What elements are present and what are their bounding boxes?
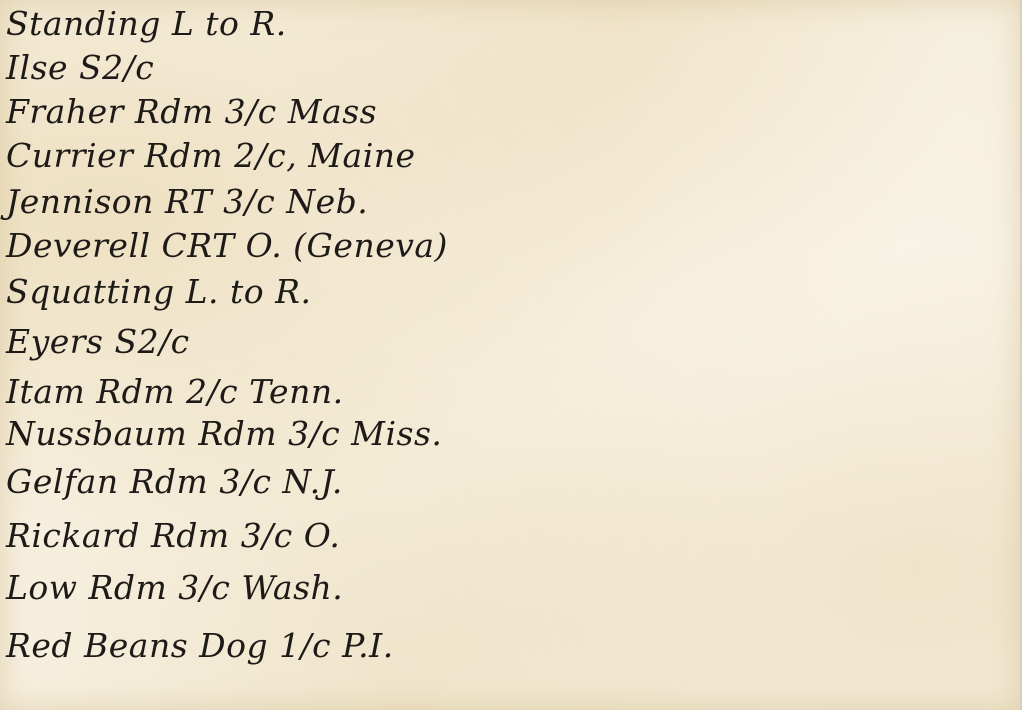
caption-line-jennison: Jennison RT 3/c Neb. [6,182,368,221]
caption-line-itam: Itam Rdm 2/c Tenn. [6,372,344,411]
caption-line-nussbaum: Nussbaum Rdm 3/c Miss. [6,414,442,453]
caption-line-eyers: Eyers S2/c [6,322,190,361]
caption-line-low: Low Rdm 3/c Wash. [6,568,343,607]
caption-line-standing-header: Standing L to R. [6,4,287,43]
caption-line-gelfan: Gelfan Rdm 3/c N.J. [6,462,343,501]
caption-line-currier: Currier Rdm 2/c, Maine [6,136,416,175]
caption-line-squatting-header: Squatting L. to R. [6,272,311,311]
caption-line-ilse: Ilse S2/c [6,48,154,87]
caption-line-fraher: Fraher Rdm 3/c Mass [6,92,377,131]
caption-line-rickard: Rickard Rdm 3/c O. [6,516,340,555]
caption-line-deverell: Deverell CRT O. (Geneva) [6,226,448,265]
caption-line-red-beans: Red Beans Dog 1/c P.I. [6,626,394,665]
photo-back-paper: Standing L to R. Ilse S2/c Fraher Rdm 3/… [0,0,1022,710]
